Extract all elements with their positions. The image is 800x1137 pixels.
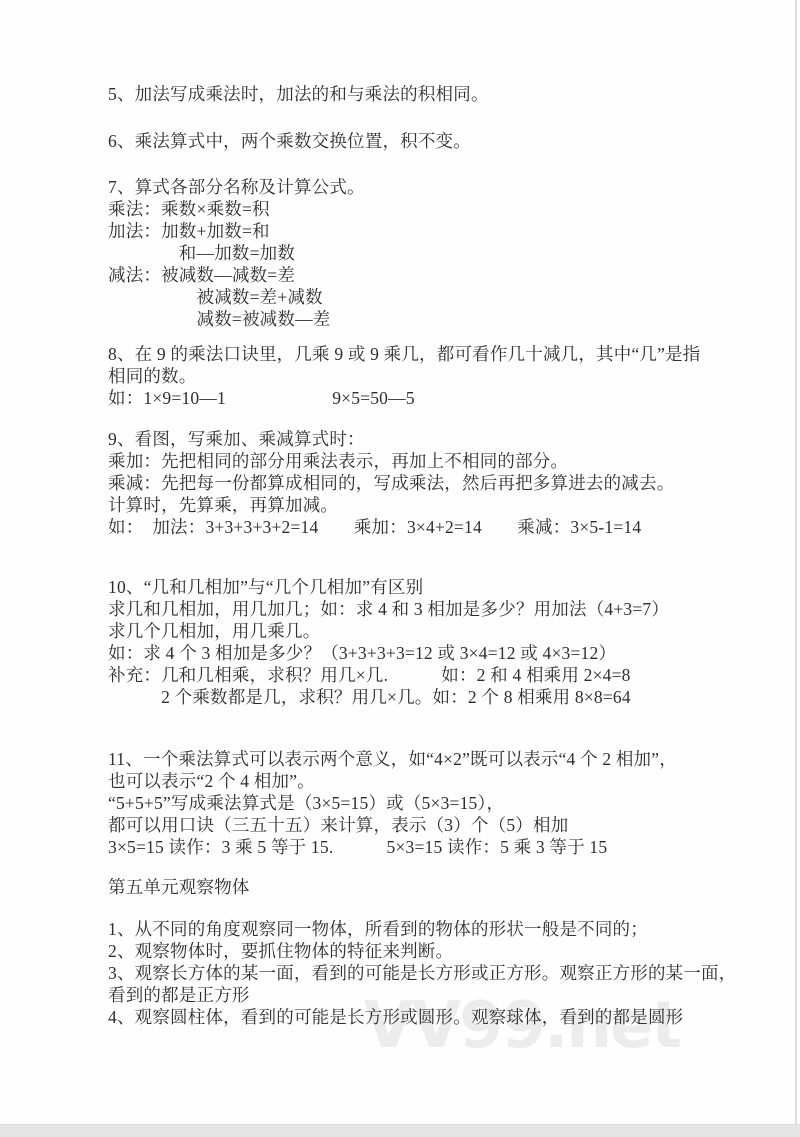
text-line: 乘减：先把每一份都算成相同的，写成乘法，然后再把多算进去的减去。 — [108, 472, 768, 494]
section-point-11: 11、一个乘法算式可以表示两个意义，如“4×2”既可以表示“4 个 2 相加”，… — [108, 748, 768, 858]
section-point-7: 7、算式各部分名称及计算公式。 乘法：乘数×乘数=积 加法：加数+加数=和 和—… — [108, 176, 768, 330]
text-line: 都可以用口诀（三五十五）来计算，表示（3）个（5）相加 — [108, 814, 768, 836]
text-line: 6、乘法算式中，两个乘数交换位置，积不变。 — [108, 130, 768, 152]
formula-minuend: 被减数=差+减数 — [108, 286, 768, 308]
text-line: 计算时，先算乘，再算加减。 — [108, 494, 768, 516]
formula-addition: 加法：加数+加数=和 — [108, 220, 768, 242]
text-line: 补充：几和几相乘，求积？用几×几. 如：2 和 4 相乘用 2×4=8 — [108, 664, 768, 686]
text-line: 求几和几相加，用几加几；如：求 4 和 3 相加是多少？用加法（4+3=7） — [108, 598, 768, 620]
text-line: 2、观察物体时，要抓住物体的特征来判断。 — [108, 940, 768, 962]
text-line: 10、“几和几相加”与“几个几相加”有区别 — [108, 576, 768, 598]
text-line: 4、观察圆柱体，看到的可能是长方形或圆形。观察球体，看到的都是圆形 — [108, 1006, 768, 1028]
text-line: 乘加：先把相同的部分用乘法表示，再加上不相同的部分。 — [108, 450, 768, 472]
unit-title: 第五单元观察物体 — [108, 876, 768, 898]
text-line: 9、看图，写乘加、乘减算式时： — [108, 428, 768, 450]
text-line: 求几个几相加，用几乘几。 — [108, 620, 768, 642]
section-point-5: 5、加法写成乘法时，加法的和与乘法的积相同。 — [108, 83, 768, 105]
example-line: 如：1×9=10—1 9×5=50—5 — [108, 387, 768, 409]
text-line: 2 个乘数都是几，求积？用几×几。如：2 个 8 相乘用 8×8=64 — [108, 686, 768, 708]
formula-multiplication: 乘法：乘数×乘数=积 — [108, 198, 768, 220]
example-line: 如：求 4 个 3 相加是多少？（3+3+3+3=12 或 3×4=12 或 4… — [108, 642, 768, 664]
example-line: 如： 加法：3+3+3+3+2=14 乘加：3×4+2=14 乘减：3×5-1=… — [108, 516, 768, 538]
section-unit-5-points: 1、从不同的角度观察同一物体，所看到的物体的形状一般是不同的； 2、观察物体时，… — [108, 918, 768, 1028]
formula-subtraction: 减法：被减数—减数=差 — [108, 264, 768, 286]
text-line: 看到的都是正方形 — [108, 984, 768, 1006]
text-line: 5、加法写成乘法时，加法的和与乘法的积相同。 — [108, 83, 768, 105]
document-content: 5、加法写成乘法时，加法的和与乘法的积相同。 6、乘法算式中，两个乘数交换位置，… — [108, 83, 768, 1028]
section-unit-5-title: 第五单元观察物体 — [108, 876, 768, 898]
text-line: 也可以表示“2 个 4 相加”。 — [108, 770, 768, 792]
text-line: 11、一个乘法算式可以表示两个意义，如“4×2”既可以表示“4 个 2 相加”， — [108, 748, 768, 770]
text-line: 8、在 9 的乘法口诀里，几乘 9 或 9 乘几，都可看作几十减几，其中“几”是… — [108, 343, 768, 365]
section-point-10: 10、“几和几相加”与“几个几相加”有区别 求几和几相加，用几加几；如：求 4 … — [108, 576, 768, 708]
section-point-9: 9、看图，写乘加、乘减算式时： 乘加：先把相同的部分用乘法表示，再加上不相同的部… — [108, 428, 768, 538]
document-page: VV99.net 5、加法写成乘法时，加法的和与乘法的积相同。 6、乘法算式中，… — [0, 0, 800, 1137]
page-bottom-edge — [0, 1124, 800, 1137]
formula-addition-inverse: 和—加数=加数 — [108, 242, 768, 264]
text-line: “5+5+5”写成乘法算式是（3×5=15）或（5×3=15）， — [108, 792, 768, 814]
example-line: 3×5=15 读作：3 乘 5 等于 15. 5×3=15 读作：5 乘 3 等… — [108, 836, 768, 858]
formula-subtrahend: 减数=被减数—差 — [108, 308, 768, 330]
text-line: 3、观察长方体的某一面，看到的可能是长方形或正方形。观察正方形的某一面， — [108, 962, 768, 984]
page-right-edge — [795, 0, 797, 1124]
section-point-6: 6、乘法算式中，两个乘数交换位置，积不变。 — [108, 130, 768, 152]
text-line: 7、算式各部分名称及计算公式。 — [108, 176, 768, 198]
text-line: 相同的数。 — [108, 365, 768, 387]
text-line: 1、从不同的角度观察同一物体，所看到的物体的形状一般是不同的； — [108, 918, 768, 940]
section-point-8: 8、在 9 的乘法口诀里，几乘 9 或 9 乘几，都可看作几十减几，其中“几”是… — [108, 343, 768, 409]
